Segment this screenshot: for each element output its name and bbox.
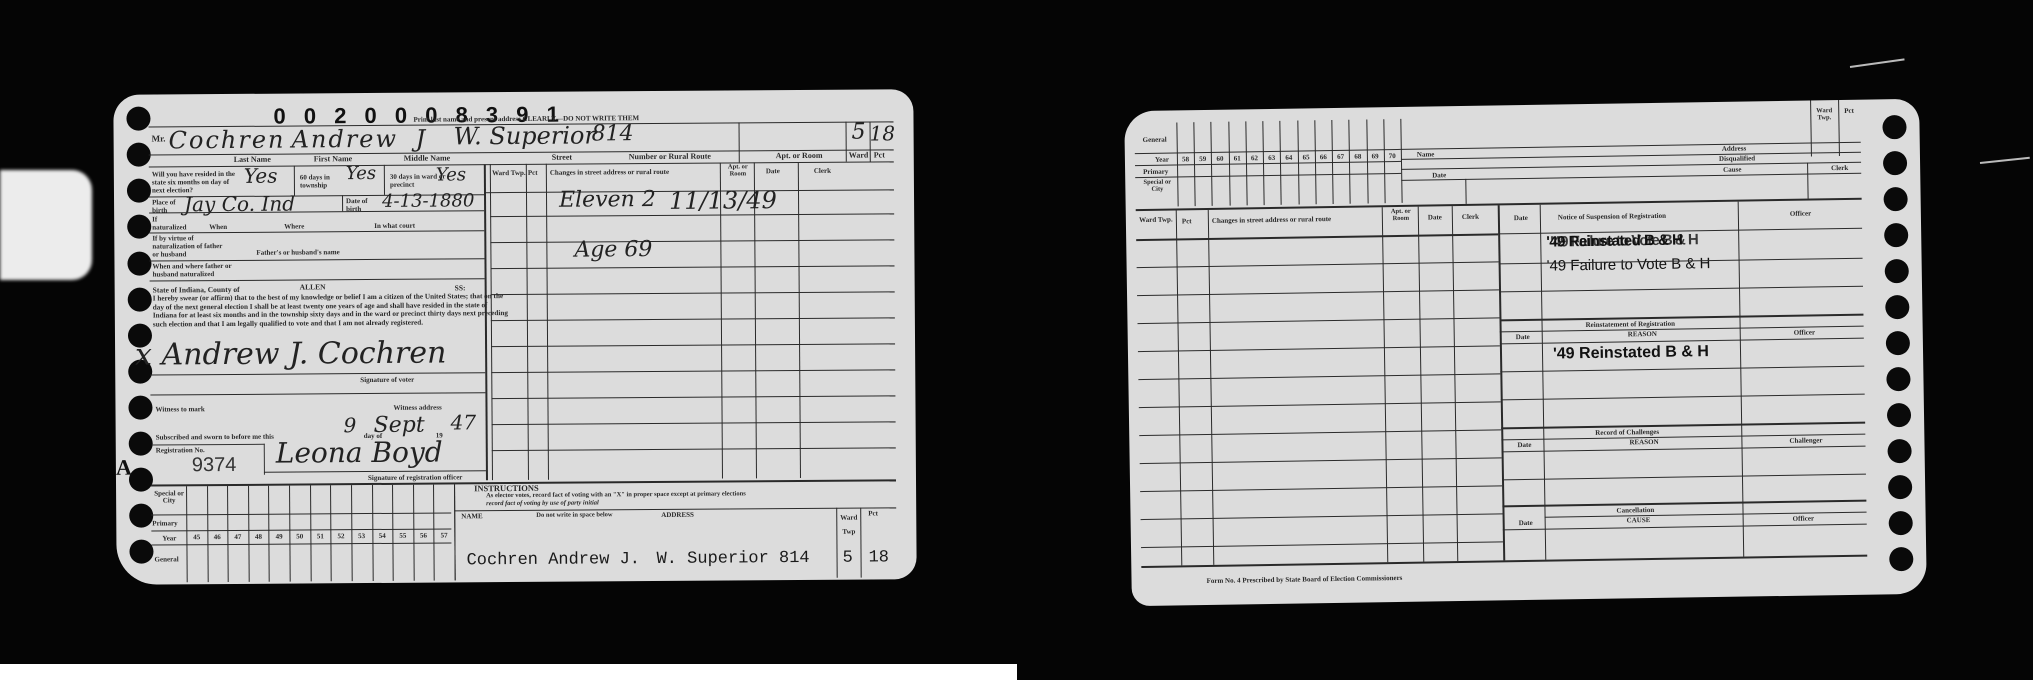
punch-hole xyxy=(1882,115,1906,139)
punch-hole xyxy=(1884,223,1908,247)
label-apt-room: Apt. or Room xyxy=(1384,209,1418,223)
label-general: General xyxy=(155,556,179,563)
form-footer: Form No. 4 Prescribed by State Board of … xyxy=(1207,575,1403,585)
suspension-entry: '49 Failure to Vote B & H xyxy=(1547,256,1711,274)
resided-state-answer: Yes xyxy=(244,166,278,186)
rule xyxy=(491,343,895,347)
rule xyxy=(526,164,529,480)
rule xyxy=(491,317,895,321)
rule xyxy=(1401,142,1861,150)
label-record-challenges: Record of Challenges xyxy=(1595,429,1659,437)
label-pct: Pct xyxy=(874,151,885,159)
label-street: Street xyxy=(552,154,572,162)
change-entry-date: 11/13/49 xyxy=(669,188,777,213)
label-date-col: Date xyxy=(766,168,780,175)
rule xyxy=(491,265,895,269)
year-cell: 47 xyxy=(228,533,249,541)
last-name-value: Cochren xyxy=(169,128,286,153)
label-do-not-write: Do not write in space below xyxy=(536,512,612,519)
rule xyxy=(1807,163,1809,199)
label-challenge-reason: REASON xyxy=(1629,439,1658,446)
label-disqualified: Disqualified xyxy=(1719,155,1755,163)
rule xyxy=(1465,179,1466,204)
label-reinstatement-officer: Officer xyxy=(1794,329,1815,336)
rule xyxy=(1138,345,1500,352)
label-clerk: Clerk xyxy=(1831,165,1848,172)
year-cell: 54 xyxy=(372,532,393,540)
rule xyxy=(1401,152,1861,160)
reinstatement-entry: '49 Reinstated B & H xyxy=(1553,344,1709,362)
year-cell: 64 xyxy=(1280,154,1297,162)
rule xyxy=(490,239,894,243)
label-ss: SS: xyxy=(455,284,466,292)
days-ward-answer: Yes xyxy=(436,166,466,184)
label-witness-to-mark: Witness to mark xyxy=(155,406,204,413)
label-ward: Ward xyxy=(849,152,869,160)
adjacent-card-tab xyxy=(0,170,92,280)
instructions-text-1: As elector votes, record fact of voting … xyxy=(486,491,746,499)
rule xyxy=(1137,317,1499,324)
subscribed-day: 9 xyxy=(344,415,357,435)
rule xyxy=(1418,207,1425,562)
registration-number-box: Registration No. 9374 xyxy=(152,444,265,476)
punch-hole xyxy=(1887,403,1911,427)
rule xyxy=(1499,286,1863,293)
first-name-value: Andrew xyxy=(292,127,399,152)
rule xyxy=(491,369,895,373)
year-cell: 68 xyxy=(1349,152,1366,160)
label-primary: Primary xyxy=(152,520,177,527)
subscribed-month: Sept xyxy=(374,415,425,437)
voter-signature: x Andrew J. Cochren xyxy=(135,338,446,370)
rule xyxy=(1136,233,1498,241)
rule xyxy=(846,122,847,162)
rule xyxy=(739,122,740,162)
label-name-col: NAME xyxy=(461,513,482,520)
year-cell: 48 xyxy=(248,533,269,541)
punch-hole xyxy=(129,432,153,456)
change-entry-text: Eleven 2 xyxy=(559,189,656,212)
year-cell: 67 xyxy=(1332,153,1349,161)
label-ward-twp: Ward Twp. xyxy=(492,170,526,177)
rule xyxy=(492,421,896,425)
rule xyxy=(1141,541,1503,548)
ward-value: 5 xyxy=(852,122,866,144)
rule xyxy=(1503,524,1867,531)
house-number-value: 814 xyxy=(592,123,634,145)
label-pct: Pct xyxy=(1182,218,1192,225)
label-changes-address: Changes in street address or rural route xyxy=(1212,216,1331,225)
label-number-route: Number or Rural Route xyxy=(629,153,711,162)
label-apt-or-room: Apt. or Room xyxy=(722,164,754,177)
year-cell: 53 xyxy=(351,532,372,540)
year-cell: 46 xyxy=(207,533,228,541)
punch-hole xyxy=(1889,511,1913,535)
label-address-col: ADDRESS xyxy=(661,512,694,519)
label-notice-suspension: Notice of Suspension of Registration xyxy=(1558,213,1666,222)
year-cell: 57 xyxy=(434,531,455,539)
punch-hole xyxy=(127,252,151,276)
year-cell: 63 xyxy=(1263,154,1280,162)
year-cell: 51 xyxy=(310,532,331,540)
label-cancellation: Cancellation xyxy=(1616,507,1654,515)
year-cell: 45 xyxy=(186,533,207,541)
punch-hole xyxy=(1885,295,1909,319)
label-signature-officer: Signature of registration officer xyxy=(368,474,462,482)
label-pct-footer: Pct xyxy=(868,510,878,517)
year-cell: 50 xyxy=(289,532,310,540)
label-where: Where xyxy=(284,223,304,230)
rule xyxy=(264,470,486,473)
rule xyxy=(798,162,801,478)
letter-mark: A xyxy=(116,457,132,479)
title-prefix: Mr. xyxy=(152,134,166,143)
days-township-answer: Yes xyxy=(346,165,376,183)
label-year: Year xyxy=(1155,157,1169,164)
rule xyxy=(1401,173,1861,181)
label-challenger: Challenger xyxy=(1789,437,1822,445)
label-ward-twp-top: Ward Twp. xyxy=(1810,108,1838,121)
year-cell: 59 xyxy=(1194,155,1211,163)
typed-address: W. Superior 814 xyxy=(656,550,809,568)
year-cell: 60 xyxy=(1211,155,1228,163)
punch-hole xyxy=(1883,187,1907,211)
punch-hole xyxy=(127,143,151,167)
rule xyxy=(1501,394,1865,401)
rule xyxy=(1838,100,1840,156)
typed-name: Cochren Andrew J. xyxy=(467,551,641,569)
year-cell: 56 xyxy=(413,532,434,540)
label-witness-address: Witness address xyxy=(393,405,441,412)
label-primary: Primary xyxy=(1143,169,1168,176)
rule xyxy=(1139,401,1501,408)
label-suspension-date: Date xyxy=(1514,215,1528,222)
label-general: General xyxy=(1143,137,1167,144)
label-pct-top: Pct xyxy=(1844,108,1854,115)
scan-artifact xyxy=(1980,157,2030,164)
label-address: Address xyxy=(1722,146,1746,153)
typed-pct: 18 xyxy=(868,549,889,566)
label-resided-state: Will you have resided in the state six m… xyxy=(152,170,242,195)
punch-hole xyxy=(128,288,152,312)
registration-number: 9374 xyxy=(192,455,237,475)
rule xyxy=(1545,512,1867,518)
scan-margin xyxy=(0,664,1017,680)
punch-hole xyxy=(126,107,150,131)
county-value: ALLEN xyxy=(300,283,326,291)
punch-hole xyxy=(129,540,153,564)
label-by-virtue: If by virtue of naturalization of father… xyxy=(152,234,222,258)
rule xyxy=(1208,210,1215,565)
rule xyxy=(150,278,485,281)
punch-hole xyxy=(1889,547,1913,571)
rule xyxy=(860,508,861,578)
label-cause: Cause xyxy=(1723,167,1741,174)
rule xyxy=(342,195,343,211)
rule xyxy=(492,447,896,451)
punch-hole xyxy=(128,396,152,420)
year-cell: 62 xyxy=(1246,154,1263,162)
label-apt-room: Apt. or Room xyxy=(776,152,823,160)
year-cell: 58 xyxy=(1177,155,1194,163)
label-when-where-father: When and where father or husband natural… xyxy=(152,262,242,279)
rule xyxy=(491,291,895,295)
date-of-birth-value: 4-13-1880 xyxy=(382,192,474,211)
year-cell: 61 xyxy=(1229,154,1246,162)
punch-hole xyxy=(127,179,151,203)
punch-hole xyxy=(1885,259,1909,283)
voting-record-grid: 45464748495051525354555657 xyxy=(186,484,455,582)
punch-hole xyxy=(1886,331,1910,355)
rule xyxy=(1141,513,1503,520)
rule xyxy=(491,395,895,399)
punch-hole xyxy=(1888,475,1912,499)
rule xyxy=(1140,485,1502,492)
label-ward-twp: Ward Twp. xyxy=(1138,217,1174,225)
registration-card-back: General Year Primary Special or City 585… xyxy=(1124,99,1927,606)
year-cell: 70 xyxy=(1384,152,1401,160)
label-cancellation-date: Date xyxy=(1519,520,1533,527)
label-clerk-col: Clerk xyxy=(1462,214,1479,221)
year-cell: 52 xyxy=(331,532,352,540)
label-reinstatement-reason: REASON xyxy=(1628,331,1657,338)
rule xyxy=(1382,207,1389,562)
rule xyxy=(1138,373,1500,380)
label-changes-address: Changes in street address or rural route xyxy=(550,169,669,177)
punch-hole xyxy=(1886,367,1910,391)
rule xyxy=(1137,289,1499,296)
label-year: Year xyxy=(162,535,176,542)
instructions-text-2: record fact of voting by use of party in… xyxy=(486,500,599,507)
label-date-col: Date xyxy=(1428,214,1442,221)
rule xyxy=(149,258,484,261)
rule xyxy=(1137,261,1499,268)
punch-hole xyxy=(129,468,153,492)
pct-value: 18 xyxy=(870,123,896,143)
label-days-township: 60 days in township xyxy=(300,173,350,189)
rule xyxy=(1401,162,1861,170)
rule xyxy=(1501,422,1865,430)
label-cancellation-officer: Officer xyxy=(1793,515,1814,522)
label-last-name: Last Name xyxy=(234,156,271,164)
scan-artifact xyxy=(1850,58,1905,68)
label-reinstatement: Reinstatement of Registration xyxy=(1586,321,1676,329)
rule xyxy=(1176,210,1183,565)
typed-ward: 5 xyxy=(842,550,852,567)
label-special-city: Special or City xyxy=(152,490,186,504)
punch-hole xyxy=(1883,151,1907,175)
suspension-entry-overprint-2: '49 Failure to Vote B & H xyxy=(1550,232,1698,249)
street-value: W. Superior xyxy=(454,123,596,148)
rule xyxy=(1500,366,1864,373)
label-pct-col: Pct xyxy=(528,170,538,177)
middle-name-value: J xyxy=(416,127,426,151)
label-special-city: Special or City xyxy=(1139,179,1175,193)
label-subscribed: Subscribed and sworn to before me this xyxy=(156,434,274,442)
officer-signature: Leona Boyd xyxy=(276,439,443,468)
label-middle-name: Middle Name xyxy=(404,154,450,162)
year-cell: 49 xyxy=(269,533,290,541)
rule xyxy=(1140,457,1502,464)
rule xyxy=(1502,446,1866,453)
rule xyxy=(150,392,485,395)
rule xyxy=(1499,314,1863,322)
rule xyxy=(1502,474,1866,481)
punch-hole xyxy=(1887,439,1911,463)
label-ward-twp-footer: Ward Twp xyxy=(837,511,860,539)
label-clerk-col: Clerk xyxy=(814,168,831,175)
year-cell: 69 xyxy=(1366,152,1383,160)
label-challenge-date: Date xyxy=(1517,442,1531,449)
year-cell: 66 xyxy=(1315,153,1332,161)
rule xyxy=(546,164,549,480)
punch-hole xyxy=(127,215,151,239)
rule xyxy=(1452,206,1459,561)
label-reinstatement-date: Date xyxy=(1516,334,1530,341)
rule xyxy=(149,230,484,233)
label-when: When xyxy=(209,224,227,231)
label-father-husband-name: Father's or husband's name xyxy=(256,249,339,257)
rule xyxy=(454,484,456,580)
label-cancellation-cause: CAUSE xyxy=(1627,517,1651,524)
punch-hole xyxy=(129,504,153,528)
label-in-what-court: In what court xyxy=(374,223,415,230)
year-cell: 55 xyxy=(392,532,413,540)
rule xyxy=(1502,500,1866,508)
label-first-name: First Name xyxy=(314,155,352,163)
label-state-county: State of Indiana, County of xyxy=(153,286,240,294)
registration-card-front: 0 0 2 0 0 0 8 3 9 1 Print last name and … xyxy=(113,89,916,585)
year-cell: 65 xyxy=(1297,153,1314,161)
rule xyxy=(1139,429,1501,436)
rule xyxy=(150,372,485,375)
subscribed-year: 47 xyxy=(451,412,477,432)
label-officer: Officer xyxy=(1790,210,1811,217)
label-signature-voter: Signature of voter xyxy=(360,377,414,384)
change-entry-age: Age 69 xyxy=(574,239,652,262)
label-if-naturalized: If naturalized xyxy=(152,215,192,231)
oath-text: I hereby swear (or affirm) that to the b… xyxy=(153,292,513,329)
